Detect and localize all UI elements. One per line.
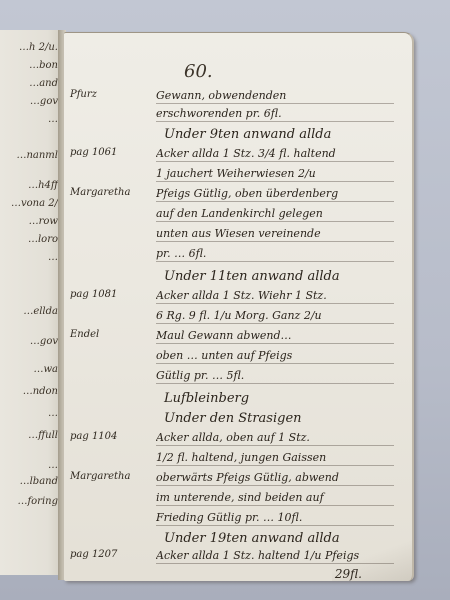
entry-heading: Under 9ten anwand allda [64,127,412,147]
entry-row: 6 Rg. 9 fl. 1/u Morg. Ganz 2/u [64,309,412,329]
page-number: 60. [184,61,213,82]
right-page: 60. Pfurz Gewann, obwendenden erschworen… [64,32,414,581]
entry-row: 1 jauchert Weiherwiesen 2/u [64,167,412,187]
entry-text: Pfeigs Gütlig, oben überdenberg [156,187,394,202]
left-page-line: … [0,408,58,422]
entry-row: erschworenden pr. 6fl. [64,107,412,127]
section-heading: Under 19ten anwand allda [164,531,340,546]
entry-text: 1 jauchert Weiherwiesen 2/u [156,167,394,182]
margin-name: Margaretha [70,471,130,482]
entry-row: im unterende, sind beiden auf [64,491,412,511]
left-page-line: …ffull [0,430,58,444]
entry-row: Margaretha Pfeigs Gütlig, oben überdenbe… [64,187,412,207]
entry-text: unten aus Wiesen vereinende [156,227,394,242]
left-page-line: …loro [0,234,58,248]
entry-text: Gütlig pr. … 5fl. [156,369,394,384]
left-page-line: …wa [0,364,58,378]
entry-text: 6 Rg. 9 fl. 1/u Morg. Ganz 2/u [156,309,394,324]
entry-text: Acker allda 1 Stz. Wiehr 1 Stz. [156,289,394,304]
entry-row: pag 1081 Acker allda 1 Stz. Wiehr 1 Stz. [64,289,412,309]
entry-text: auf den Landenkirchl gelegen [156,207,394,222]
entry-text: Gewann, obwendenden [156,89,394,104]
entry-row: Gütlig pr. … 5fl. [64,369,412,389]
margin-page-ref: pag 1061 [70,147,117,158]
section-heading: Under den Strasigen [164,411,302,426]
left-page-line: …vona 2/ [0,198,58,212]
entry-text: Frieding Gütlig pr. … 10fl. [156,511,394,526]
left-page-line: …ndon [0,386,58,400]
entry-text: pr. … 6fl. [156,247,394,262]
entry-row: Frieding Gütlig pr. … 10fl. [64,511,412,531]
margin-note: Pfurz [70,89,97,100]
entry-text: Maul Gewann abwend… [156,329,394,344]
left-page: …h 2/u. …bon …and …gov … …nanml …h4ff …v… [0,30,61,575]
left-page-line: …gov [0,96,58,110]
left-page-line: …lband [0,476,58,490]
left-page-line: …h4ff [0,180,58,194]
left-page-line: …ellda [0,306,58,320]
left-page-line: …bon [0,60,58,74]
entry-heading: Lufbleinberg [64,391,412,411]
entry-text: oberwärts Pfeigs Gütlig, abwend [156,471,394,486]
section-heading: Under 11ten anwand allda [164,269,340,284]
entry-text: Acker allda 1 Stz. 3/4 fl. haltend [156,147,394,162]
entry-heading: Under 11ten anwand allda [64,269,412,289]
entry-row: 1/2 fl. haltend, jungen Gaissen [64,451,412,471]
entry-text: erschworenden pr. 6fl. [156,107,394,122]
entry-text: im unterende, sind beiden auf [156,491,394,506]
entry-text: 1/2 fl. haltend, jungen Gaissen [156,451,394,466]
section-heading: Under 9ten anwand allda [164,127,331,142]
margin-page-ref: pag 1207 [70,549,117,560]
margin-name: Endel [70,329,99,340]
entry-row: Pfurz Gewann, obwendenden [64,89,412,109]
section-heading: Lufbleinberg [164,391,249,406]
entry-heading: Under den Strasigen [64,411,412,431]
entry-row: Endel Maul Gewann abwend… [64,329,412,349]
page-corner-fold [332,541,412,581]
entry-row: auf den Landenkirchl gelegen [64,207,412,227]
margin-page-ref: pag 1104 [70,431,117,442]
left-page-line: …nanml [0,150,58,164]
entry-text: Acker allda, oben auf 1 Stz. [156,431,394,446]
entry-row: pr. … 6fl. [64,247,412,267]
entry-text: oben … unten auf Pfeigs [156,349,394,364]
margin-name: Margaretha [70,187,130,198]
left-page-line: …gov [0,336,58,350]
entry-row: Margaretha oberwärts Pfeigs Gütlig, abwe… [64,471,412,491]
left-page-line: … [0,252,58,266]
left-page-line: … [0,460,58,474]
left-page-line: …and [0,78,58,92]
left-page-line: …h 2/u. [0,42,58,56]
entry-row: pag 1104 Acker allda, oben auf 1 Stz. [64,431,412,451]
left-page-line: …row [0,216,58,230]
entry-row: oben … unten auf Pfeigs [64,349,412,369]
entry-row: unten aus Wiesen vereinende [64,227,412,247]
left-page-line: …foring [0,496,58,510]
entry-row: pag 1061 Acker allda 1 Stz. 3/4 fl. halt… [64,147,412,167]
margin-page-ref: pag 1081 [70,289,117,300]
left-page-line: … [0,114,58,128]
